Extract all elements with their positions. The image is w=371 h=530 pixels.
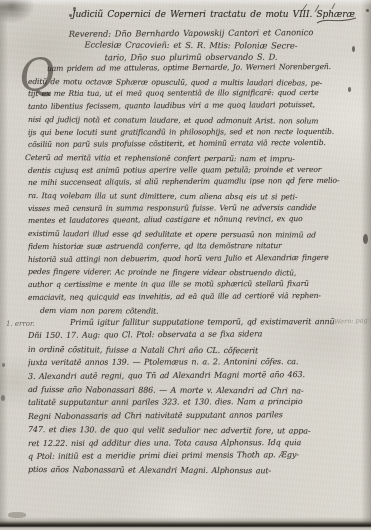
manuscript-line: dem viam non parem cõtendit. — [40, 306, 240, 317]
manuscript-line: in ordinē cõstituit, fuisse a Natali Chr… — [28, 345, 349, 357]
manuscript-line: Ceterũ ad meritā vitia et rephensionē co… — [25, 153, 346, 165]
manuscript-line: cõsiliũ non parũ suis profuisse cõstiter… — [28, 138, 349, 150]
manuscript-line: Primũ igitur fallitur supputatione tempo… — [70, 317, 348, 328]
manuscript-line: existimũ laudari illud esse qd sedulitat… — [28, 229, 349, 241]
title-line: Judiciũ Copernici de Werneri tractatu de… — [72, 10, 322, 20]
manuscript-line: uam pridem ad me attuleras, optime Berna… — [47, 62, 347, 74]
manuscript-line: q Ptol: initiũ est a meridie primi diei … — [28, 450, 349, 462]
page-edge-right-shadow — [361, 0, 371, 530]
manuscript-line: dentis cujusq est animũ potius aperire v… — [28, 165, 349, 176]
manuscript-line: ret 12.22. nisi qd additur dies una. Tot… — [28, 438, 349, 449]
manuscript-line: nisi qd judicij notā et conatum laudare,… — [28, 115, 349, 127]
manuscript-line: tijt ex me Rtia tua, ut ei meā quoq sent… — [28, 88, 349, 99]
manuscript-line: Regni Nabonassaris ad Chri nativitatē su… — [28, 410, 349, 422]
manuscript-page: Judiciũ Copernici de Werneri tractatu de… — [0, 0, 371, 530]
salutation-line-1: Reverend: Dño Bernhardo Vapowskij Cantor… — [58, 27, 324, 39]
manuscript-line: editũ de motu octavæ Sphæræ opusculũ, qu… — [28, 77, 349, 89]
manuscript-line: tanto libentius fecissem, quanto laudibu… — [28, 100, 349, 112]
manuscript-line: 3. Alexandri autē regni, quo Tñ ad Alexa… — [28, 370, 349, 382]
manuscript-line: author q certissime e mente in qua ille … — [28, 279, 349, 290]
page-edge-left-shadow — [0, 0, 8, 530]
manuscript-line: ra. Itaq volebam illa ut sunt dimittere,… — [28, 191, 349, 203]
ink-speck — [352, 46, 355, 52]
margin-note-left: 1. error. — [6, 320, 35, 328]
salutation-line-2: Ecclesiæ Cracovieñ: et S. R. Mtis: Polon… — [58, 39, 324, 50]
salutation-line-3: tario, Dño suo plurimũ observando S. D. — [58, 52, 324, 63]
manuscript-line: ad fuisse año Nabonassari 886. — A morte… — [28, 385, 349, 397]
manuscript-line: emaciavit, neq quicquid eas invehitis, a… — [28, 291, 349, 303]
manuscript-line: historiā suā attingi non debuerim, quod … — [28, 253, 349, 265]
manuscript-line: fidem historiæ suæ astruendā conferre, q… — [28, 241, 349, 252]
ink-speck — [73, 7, 76, 10]
title-underline-flourish — [316, 13, 358, 27]
manuscript-line: mentes et laudatores queant, aliud casti… — [28, 214, 349, 226]
manuscript-line: visses meā censurā in summa responsurũ f… — [28, 203, 349, 214]
manuscript-line: Dñi 150. 17. Aug: quo Cl. Ptol: observat… — [28, 329, 349, 341]
manuscript-line: talitatē supputantur anni pariles 323. e… — [28, 397, 349, 408]
manuscript-line: ijs qui bene locuti sunt gratificandũ in… — [28, 127, 349, 138]
manuscript-line: pedes fingere viderer. Ac proinde ne fin… — [28, 267, 349, 279]
manuscript-line: 747. et dies 130. de quo qui velit sedul… — [28, 425, 349, 437]
page-edge-top-highlight — [0, 0, 371, 6]
ink-speck — [69, 14, 72, 17]
page-edge-bottom-shadow — [0, 517, 371, 530]
manuscript-line: juxta veritatē annos 139. — Ptolemæus n.… — [28, 357, 349, 368]
ink-speck — [348, 87, 351, 92]
manuscript-line: ptios años Nabonassarũ et Alexandri Magn… — [28, 465, 349, 477]
manuscript-line: ne mihi succenseat aliquis, si aliũ reph… — [28, 176, 349, 188]
